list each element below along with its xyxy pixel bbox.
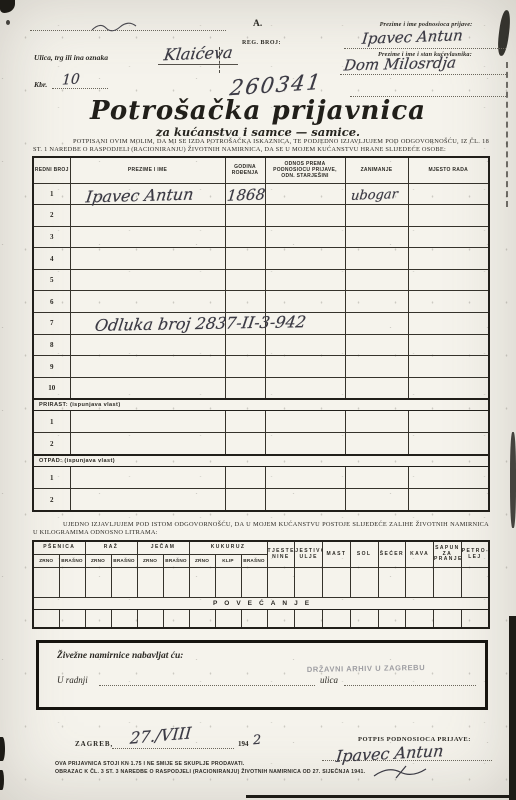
shop-box-heading: Živežne namirnice nabavljat ću:	[57, 651, 183, 661]
house-number-handwritten-value: 10	[61, 71, 80, 88]
name-cell	[70, 226, 225, 248]
name-cell	[70, 467, 225, 489]
sub-zrno: ZRNO	[85, 555, 111, 568]
single-tjestenine: TJESTE-NINE	[267, 541, 295, 568]
single-sol: SOL	[350, 541, 378, 568]
name-cell	[70, 269, 225, 291]
relation-cell	[265, 226, 345, 248]
prirast-row: 2	[33, 433, 489, 456]
name-cell	[70, 356, 225, 378]
occupation-cell	[345, 313, 408, 335]
prirast-row: 1	[33, 411, 489, 433]
year-handwritten-value: 2	[253, 733, 262, 748]
street-dash-mark	[219, 47, 220, 73]
relation-cell	[265, 183, 345, 205]
workplace-cell	[408, 313, 489, 335]
supplies-group-header-row: PŠENICA RAŽ JEČAM KUKURUZ TJESTE-NINE JE…	[33, 541, 489, 555]
person-row: 8	[33, 334, 489, 356]
birth-cell	[225, 248, 265, 270]
shop-declaration-box: Živežne namirnice nabavljat ću: DRŽAVNI …	[36, 640, 488, 710]
relation-cell	[265, 356, 345, 378]
person-row: 10	[33, 377, 489, 399]
name-cell	[70, 291, 225, 313]
row-number: 7	[33, 313, 70, 335]
birth-cell	[225, 489, 265, 512]
signature-handwritten-value: Ipavec Antun	[335, 741, 444, 766]
supplies-increase-row	[33, 610, 489, 629]
person-row: 9	[33, 356, 489, 378]
otpad-row: 2	[33, 489, 489, 512]
row-number: 2	[33, 205, 70, 227]
relation-cell	[265, 433, 345, 456]
persons-table-header-row: REDNI BROJ PREZIME I IME GODINA ROĐENJA …	[33, 157, 489, 183]
otpad-row: 1	[33, 467, 489, 489]
year-prefix: 194	[238, 740, 249, 748]
col-header-odnos: ODNOS PREMA PODNOSIOCU PRIJAVE, ODN. STA…	[265, 157, 345, 183]
price-note: OVA PRIJAVNICA STOJI KN 1.75 I NE SMIJE …	[55, 761, 245, 767]
occupation-cell	[345, 433, 408, 456]
birth-cell	[225, 356, 265, 378]
birth-cell	[225, 226, 265, 248]
birth-cell	[225, 269, 265, 291]
single-secer: ŠEĆER	[378, 541, 406, 568]
occupation-cell	[345, 269, 408, 291]
birth-cell	[225, 334, 265, 356]
relation-cell	[265, 269, 345, 291]
person-row: 5	[33, 269, 489, 291]
shop-street-line	[344, 673, 476, 686]
name-cell	[70, 205, 225, 227]
city-label: ZAGREB,	[75, 740, 113, 748]
row1-birthyear-handwritten: 1868	[226, 185, 266, 204]
scanned-ration-form: A. REG. BROJ: Prezime i ime podnosioca p…	[0, 0, 516, 800]
relation-cell	[265, 377, 345, 399]
increase-band: POVEĆANJE	[33, 598, 489, 610]
row1-name-handwritten: Ipavec Antun	[85, 185, 195, 207]
occupation-cell	[345, 205, 408, 227]
birth-cell	[225, 205, 265, 227]
workplace-cell	[408, 489, 489, 512]
prirast-label: PRIRAST: (ispunjava vlast)	[33, 399, 489, 411]
relation-cell	[265, 248, 345, 270]
workplace-cell	[408, 226, 489, 248]
col-header-godina-rodjenja: GODINA ROĐENJA	[225, 157, 265, 183]
name-cell	[70, 334, 225, 356]
group-kukuruz: KUKURUZ	[189, 541, 267, 555]
scan-artifact-right-streak	[510, 432, 516, 528]
single-jestivo-ulje: JESTIVO ULJE	[295, 541, 323, 568]
row-number: 10	[33, 377, 70, 399]
birth-cell	[225, 291, 265, 313]
occupation-cell	[345, 377, 408, 399]
scan-artifact-left-edge-1	[0, 737, 5, 761]
name-cell	[70, 489, 225, 512]
workplace-cell	[408, 205, 489, 227]
scan-artifact-top-left-speck	[6, 20, 10, 25]
row1-occupation-handwritten: ubogar	[350, 187, 398, 204]
scan-artifact-left-edge-2	[0, 770, 4, 790]
sub-brasno: BRAŠNO	[241, 555, 267, 568]
applicant-handwritten-value: Ipavec Antun	[361, 26, 464, 48]
sub-klip: KLIP	[215, 555, 241, 568]
group-raz: RAŽ	[85, 541, 137, 555]
section-letter: A.	[253, 19, 262, 29]
single-sapun: SAPUN ZA PRANJE	[434, 541, 462, 568]
person-row: 4	[33, 248, 489, 270]
single-kava: KAVA	[406, 541, 434, 568]
sub-zrno: ZRNO	[189, 555, 215, 568]
scan-artifact-right-band	[509, 616, 516, 800]
row-number: 1	[33, 411, 70, 433]
relation-cell	[265, 291, 345, 313]
sub-brasno: BRAŠNO	[59, 555, 85, 568]
row-number: 1	[33, 467, 70, 489]
name-cell	[70, 411, 225, 433]
prirast-band: PRIRAST: (ispunjava vlast)	[33, 399, 489, 411]
form-title: Potrošačka prijavnica	[0, 96, 516, 126]
sub-zrno: ZRNO	[33, 555, 59, 568]
col-header-redni-broj: REDNI BROJ	[33, 157, 70, 183]
birth-cell	[225, 411, 265, 433]
sub-brasno: BRAŠNO	[163, 555, 189, 568]
birth-cell	[225, 433, 265, 456]
workplace-cell	[408, 269, 489, 291]
occupation-cell	[345, 334, 408, 356]
workplace-cell	[408, 334, 489, 356]
relation-cell	[265, 411, 345, 433]
col-header-prezime-ime: PREZIME I IME	[70, 157, 225, 183]
street-label: Ulica, trg ili ina oznaka	[34, 53, 108, 62]
group-psenica: PŠENICA	[33, 541, 85, 555]
householder-handwritten-value: Dom Milosrdja	[343, 53, 457, 74]
otpad-band: OTPAD: (ispunjava vlast)	[33, 455, 489, 467]
reg-number-label: REG. BROJ:	[242, 40, 281, 46]
occupation-cell	[345, 467, 408, 489]
supplies-table: PŠENICA RAŽ JEČAM KUKURUZ TJESTE-NINE JE…	[32, 540, 490, 629]
group-jecam: JEČAM	[137, 541, 189, 555]
name-cell	[70, 248, 225, 270]
workplace-cell	[408, 411, 489, 433]
workplace-cell	[408, 433, 489, 456]
otpad-label: OTPAD: (ispunjava vlast)	[33, 455, 489, 467]
workplace-cell	[408, 377, 489, 399]
birth-cell	[225, 377, 265, 399]
shop-label: U radnji	[57, 675, 88, 685]
birth-cell	[225, 467, 265, 489]
workplace-cell	[408, 248, 489, 270]
single-petrolej: PETRO-LEJ	[461, 541, 489, 568]
form-subtitle: za kućanstva i samce — samice.	[0, 125, 516, 139]
intro-declaration-text: POTPISANI OVIM MOLIM, DA MI SE IZDA POTR…	[33, 138, 489, 153]
row-number: 3	[33, 226, 70, 248]
relation-cell	[265, 334, 345, 356]
row-number: 1	[33, 183, 70, 205]
form-note: OBRAZAC K ČL. 3 ST. 3 NAREDBE O RASPODJE…	[55, 769, 365, 775]
row-number: 2	[33, 489, 70, 512]
workplace-cell	[408, 291, 489, 313]
person-row: 2	[33, 205, 489, 227]
row-number: 8	[33, 334, 70, 356]
signature-flourish	[372, 764, 428, 780]
relation-cell	[265, 205, 345, 227]
occupation-cell	[345, 411, 408, 433]
row7-decision-note-handwritten: Odluka broj 2837-II-3-942	[94, 312, 308, 335]
name-cell	[70, 377, 225, 399]
street-handwritten-value: Klaićeva	[163, 43, 234, 65]
row-number: 4	[33, 248, 70, 270]
scan-artifact-top-left	[0, 0, 15, 13]
workplace-cell	[408, 467, 489, 489]
workplace-cell	[408, 356, 489, 378]
scan-artifact-bottom-line	[246, 795, 514, 798]
occupation-cell	[345, 226, 408, 248]
supplies-declaration-text: UJEDNO IZJAVLJUJEM POD ISTOM ODGOVORNOŠĆ…	[33, 521, 489, 536]
row-number: 2	[33, 433, 70, 456]
col-header-mjesto-rada: MJESTO RADA	[408, 157, 489, 183]
single-mast: MAST	[323, 541, 351, 568]
relation-cell	[265, 489, 345, 512]
occupation-cell	[345, 248, 408, 270]
occupation-cell	[345, 291, 408, 313]
increase-label: POVEĆANJE	[33, 598, 489, 610]
house-number-label: Kbr.	[34, 80, 47, 89]
occupation-cell	[345, 356, 408, 378]
person-row: 3	[33, 226, 489, 248]
workplace-cell	[408, 183, 489, 205]
shop-name-line	[99, 673, 315, 686]
sub-zrno: ZRNO	[137, 555, 163, 568]
occupation-cell	[345, 489, 408, 512]
pen-scribble	[90, 20, 138, 34]
row-number: 9	[33, 356, 70, 378]
sub-brasno: BRAŠNO	[111, 555, 137, 568]
shop-street-label: ulica	[320, 675, 338, 685]
person-row: 6	[33, 291, 489, 313]
row-number: 6	[33, 291, 70, 313]
supplies-value-row	[33, 568, 489, 598]
relation-cell	[265, 467, 345, 489]
name-cell	[70, 433, 225, 456]
row-number: 5	[33, 269, 70, 291]
col-header-zanimanje: ZANIMANJE	[345, 157, 408, 183]
